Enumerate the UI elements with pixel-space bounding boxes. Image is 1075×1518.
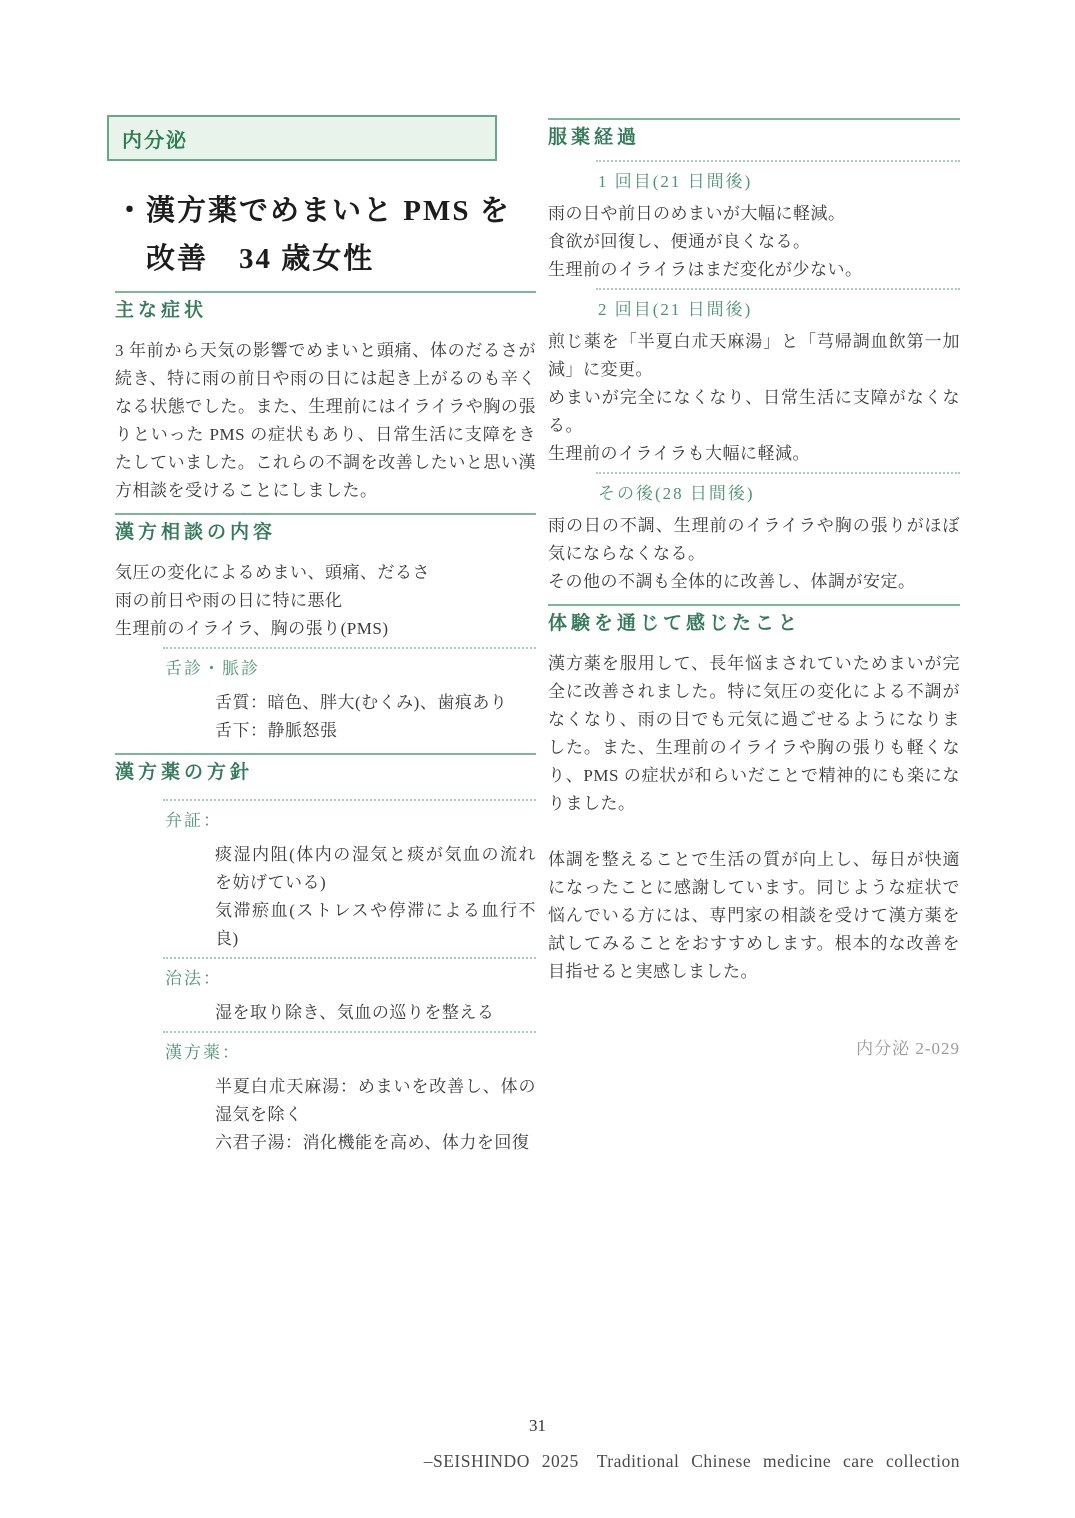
impressions-paragraph: 体調を整えることで生活の質が向上し、毎日が快適になったことに感謝しています。同じ… (548, 846, 960, 986)
pattern-diagnosis-subheading: 弁証： (165, 809, 536, 833)
visit-note: その他の不調も全体的に改善し、体調が安定。 (548, 568, 960, 596)
dotted-divider (163, 647, 536, 649)
consultation-heading: 漢方相談の内容 (115, 521, 536, 545)
visit-3-notes: 雨の日の不調、生理前のイライラや胸の張りがほぼ気にならなくなる。 その他の不調も… (548, 512, 960, 596)
section-main-symptoms: 主な症状 3 年前から天気の影響でめまいと頭痛、体のだるさが続き、特に雨の前日や… (115, 291, 536, 505)
visit-note: 食欲が回復し、便通が良くなる。 (548, 228, 960, 256)
dotted-divider (163, 799, 536, 801)
tongue-item: 舌下：静脈怒張 (215, 717, 536, 745)
tongue-item: 舌質：暗色、胖大(むくみ)、歯痕あり (215, 689, 536, 717)
pattern-item: 気滞瘀血(ストレスや停滞による血行不良) (215, 897, 536, 953)
case-title: ・漢方薬でめまいと PMS を 改善 34 歳女性 (115, 187, 536, 283)
dotted-divider (596, 472, 960, 474)
dotted-divider (596, 288, 960, 290)
visit-note: めまいが完全になくなり、日常生活に支障がなくなる。 (548, 384, 960, 440)
medication-progress-heading: 服薬経過 (548, 126, 960, 150)
case-title-line1: ・漢方薬でめまいと PMS を (115, 187, 536, 235)
kampo-item: 半夏白朮天麻湯：めまいを改善し、体の湿気を除く (215, 1073, 536, 1129)
consultation-line: 気圧の変化によるめまい、頭痛、だるさ (115, 559, 536, 587)
kampo-medicine-subheading: 漢方薬： (165, 1041, 536, 1065)
tongue-pulse-items: 舌質：暗色、胖大(むくみ)、歯痕あり 舌下：静脈怒張 (215, 689, 536, 745)
visit-note: 生理前のイライラはまだ変化が少ない。 (548, 256, 960, 284)
tongue-pulse-subheading: 舌診・脈診 (165, 657, 536, 681)
visit-2-label: 2 回目(21 日間後) (598, 298, 960, 322)
section-impressions: 体験を通じて感じたこと 漢方薬を服用して、長年悩まされていためまいが完全に改善さ… (548, 604, 960, 986)
pattern-item: 痰湿内阻(体内の湿気と痰が気血の流れを妨げている) (215, 841, 536, 897)
consultation-line: 雨の前日や雨の日に特に悪化 (115, 587, 536, 615)
left-column: 内分泌 ・漢方薬でめまいと PMS を 改善 34 歳女性 主な症状 3 年前か… (115, 115, 536, 1157)
visit-1-notes: 雨の日や前日のめまいが大幅に軽減。 食欲が回復し、便通が良くなる。 生理前のイラ… (548, 200, 960, 284)
dotted-divider (163, 957, 536, 959)
reference-number: 内分泌 2-029 (548, 1034, 960, 1059)
visit-2-notes: 煎じ薬を「半夏白朮天麻湯」と「芎帰調血飲第一加減」に変更。 めまいが完全になくな… (548, 328, 960, 468)
impressions-paragraph: 漢方薬を服用して、長年悩まされていためまいが完全に改善されました。特に気圧の変化… (548, 650, 960, 818)
section-consultation: 漢方相談の内容 気圧の変化によるめまい、頭痛、だるさ 雨の前日や雨の日に特に悪化… (115, 513, 536, 745)
publication-credit: –SEISHINDO 2025 Traditional Chinese medi… (424, 1448, 960, 1473)
dotted-divider (163, 1031, 536, 1033)
document-page: 内分泌 ・漢方薬でめまいと PMS を 改善 34 歳女性 主な症状 3 年前か… (0, 0, 1075, 1518)
treatment-method-subheading: 治法： (165, 967, 536, 991)
case-title-line2: 改善 34 歳女性 (115, 235, 536, 283)
visit-note: 生理前のイライラも大幅に軽減。 (548, 440, 960, 468)
visit-note: 雨の日の不調、生理前のイライラや胸の張りがほぼ気にならなくなる。 (548, 512, 960, 568)
kampo-medicine-items: 半夏白朮天麻湯：めまいを改善し、体の湿気を除く 六君子湯：消化機能を高め、体力を… (215, 1073, 536, 1157)
treatment-method-items: 湿を取り除き、気血の巡りを整える (215, 999, 536, 1027)
page-number: 31 (0, 1416, 1075, 1436)
right-column: 服薬経過 1 回目(21 日間後) 雨の日や前日のめまいが大幅に軽減。 食欲が回… (548, 118, 960, 1059)
kampo-policy-heading: 漢方薬の方針 (115, 761, 536, 785)
pattern-diagnosis-items: 痰湿内阻(体内の湿気と痰が気血の流れを妨げている) 気滞瘀血(ストレスや停滞によ… (215, 841, 536, 953)
main-symptoms-heading: 主な症状 (115, 299, 536, 323)
visit-note: 雨の日や前日のめまいが大幅に軽減。 (548, 200, 960, 228)
category-badge: 内分泌 (107, 115, 497, 161)
dotted-divider (596, 160, 960, 162)
visit-3-label: その後(28 日間後) (598, 482, 960, 506)
impressions-heading: 体験を通じて感じたこと (548, 612, 960, 636)
kampo-item: 六君子湯：消化機能を高め、体力を回復 (215, 1129, 536, 1157)
category-label: 内分泌 (122, 124, 188, 153)
section-kampo-policy: 漢方薬の方針 弁証： 痰湿内阻(体内の湿気と痰が気血の流れを妨げている) 気滞瘀… (115, 753, 536, 1157)
consultation-line: 生理前のイライラ、胸の張り(PMS) (115, 615, 536, 643)
visit-1-label: 1 回目(21 日間後) (598, 170, 960, 194)
visit-note: 煎じ薬を「半夏白朮天麻湯」と「芎帰調血飲第一加減」に変更。 (548, 328, 960, 384)
section-medication-progress: 服薬経過 1 回目(21 日間後) 雨の日や前日のめまいが大幅に軽減。 食欲が回… (548, 118, 960, 596)
treatment-item: 湿を取り除き、気血の巡りを整える (215, 999, 536, 1027)
main-symptoms-paragraph: 3 年前から天気の影響でめまいと頭痛、体のだるさが続き、特に雨の前日や雨の日には… (115, 337, 536, 505)
